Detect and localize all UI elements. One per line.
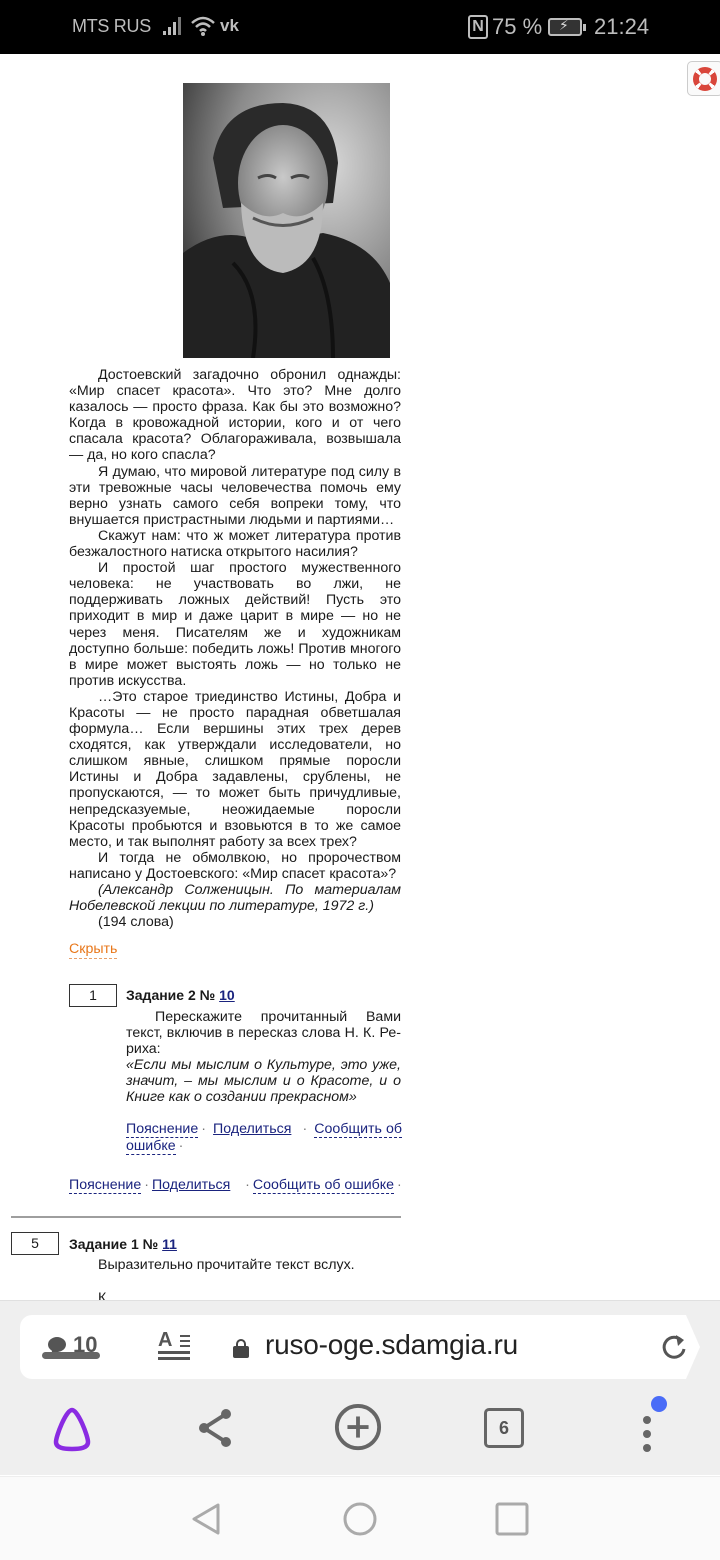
lifebuoy-icon (693, 67, 717, 91)
vk-icon: vk (220, 16, 239, 36)
address-bar[interactable]: 10 A ruso-oge.sdamgia.ru (20, 1315, 686, 1379)
comments-underline (42, 1352, 100, 1359)
clock: 21:24 (594, 14, 649, 40)
page-links: Пояснение·Поделиться ·Сообщить об ошибке… (69, 1177, 405, 1194)
status-bar: MTS RUS vk N 75 % ⚡ 21:24 (0, 0, 720, 54)
article-paragraph: И тогда не обмолвкою, но пророчеством на… (69, 850, 401, 882)
task-instruction: Выразительно прочитайте текст вслух. (98, 1257, 355, 1273)
reload-icon[interactable] (658, 1331, 690, 1363)
task-body: Перескажите прочитанный Вами текст, вклю… (126, 1009, 401, 1106)
report-error-link[interactable]: Сообщить об ошибке (253, 1177, 394, 1194)
divider (11, 1216, 401, 1218)
answer-box[interactable]: 1 (69, 984, 117, 1007)
article-source: (Александр Солженицын. По материалам Ноб… (69, 882, 401, 914)
task-number-link[interactable]: 10 (219, 987, 235, 1003)
explanation-link[interactable]: Пояснение (69, 1177, 141, 1194)
wifi-icon (190, 15, 216, 37)
share-link[interactable]: Поделиться (213, 1121, 291, 1137)
recents-icon[interactable] (494, 1501, 530, 1537)
answer-box[interactable]: 5 (11, 1232, 59, 1255)
explanation-link[interactable]: Пояснение (126, 1121, 198, 1138)
tabs-button[interactable]: 6 (480, 1404, 528, 1452)
task-title: Задание 1 № 11 (69, 1236, 177, 1252)
back-icon[interactable] (188, 1501, 224, 1537)
signal-icon (162, 16, 184, 36)
menu-button[interactable] (625, 1404, 673, 1452)
lock-icon (233, 1339, 249, 1357)
battery-percent: 75 % (492, 14, 542, 40)
url-text[interactable]: ruso-oge.sdamgia.ru (265, 1329, 518, 1361)
article-paragraph: Я думаю, что мировой литературе под силу… (69, 464, 401, 528)
reader-mode-button[interactable]: A (158, 1331, 190, 1361)
task-number-link[interactable]: 11 (162, 1236, 177, 1252)
task-instruction: Перескажите прочитанный Вами текст, вклю… (126, 1009, 401, 1057)
notification-dot (651, 1396, 667, 1412)
share-link[interactable]: Поделиться (152, 1177, 230, 1193)
help-button[interactable] (687, 61, 720, 96)
article-text: Достоевский загадочно обронил однажды: «… (69, 367, 401, 930)
tabs-count: 6 (484, 1408, 524, 1448)
new-tab-icon[interactable] (334, 1404, 382, 1452)
article-paragraph: И простой шаг простого мужественного чел… (69, 560, 401, 689)
share-icon[interactable] (192, 1404, 240, 1452)
home-icon[interactable] (342, 1501, 378, 1537)
menu-icon (643, 1416, 651, 1424)
alice-assistant-icon[interactable] (48, 1404, 96, 1452)
task-quote: «Если мы мыслим о Культуре, это уже, зна… (126, 1057, 401, 1105)
nfc-icon: N (468, 15, 488, 39)
carrier-name: MTS RUS (72, 16, 151, 37)
system-nav-bar (0, 1476, 720, 1560)
hide-text-link[interactable]: Скрыть (69, 941, 117, 959)
article-paragraph: Достоевский загадочно обронил однажды: «… (69, 367, 401, 464)
battery-charging-icon: ⚡ (548, 18, 582, 36)
author-portrait (183, 83, 390, 358)
article-paragraph: Скажут нам: что ж может литература проти… (69, 528, 401, 560)
task-title: Задание 2 № 10 (126, 987, 235, 1003)
word-count: (194 слова) (69, 914, 401, 930)
article-paragraph: …Это старое триединство Истины, Добра и … (69, 689, 401, 850)
reader-mode-icon: A (158, 1329, 172, 1352)
comment-icon (48, 1337, 66, 1352)
task-links: Пояснение· Поделиться · Сообщить об ошиб… (126, 1121, 402, 1154)
